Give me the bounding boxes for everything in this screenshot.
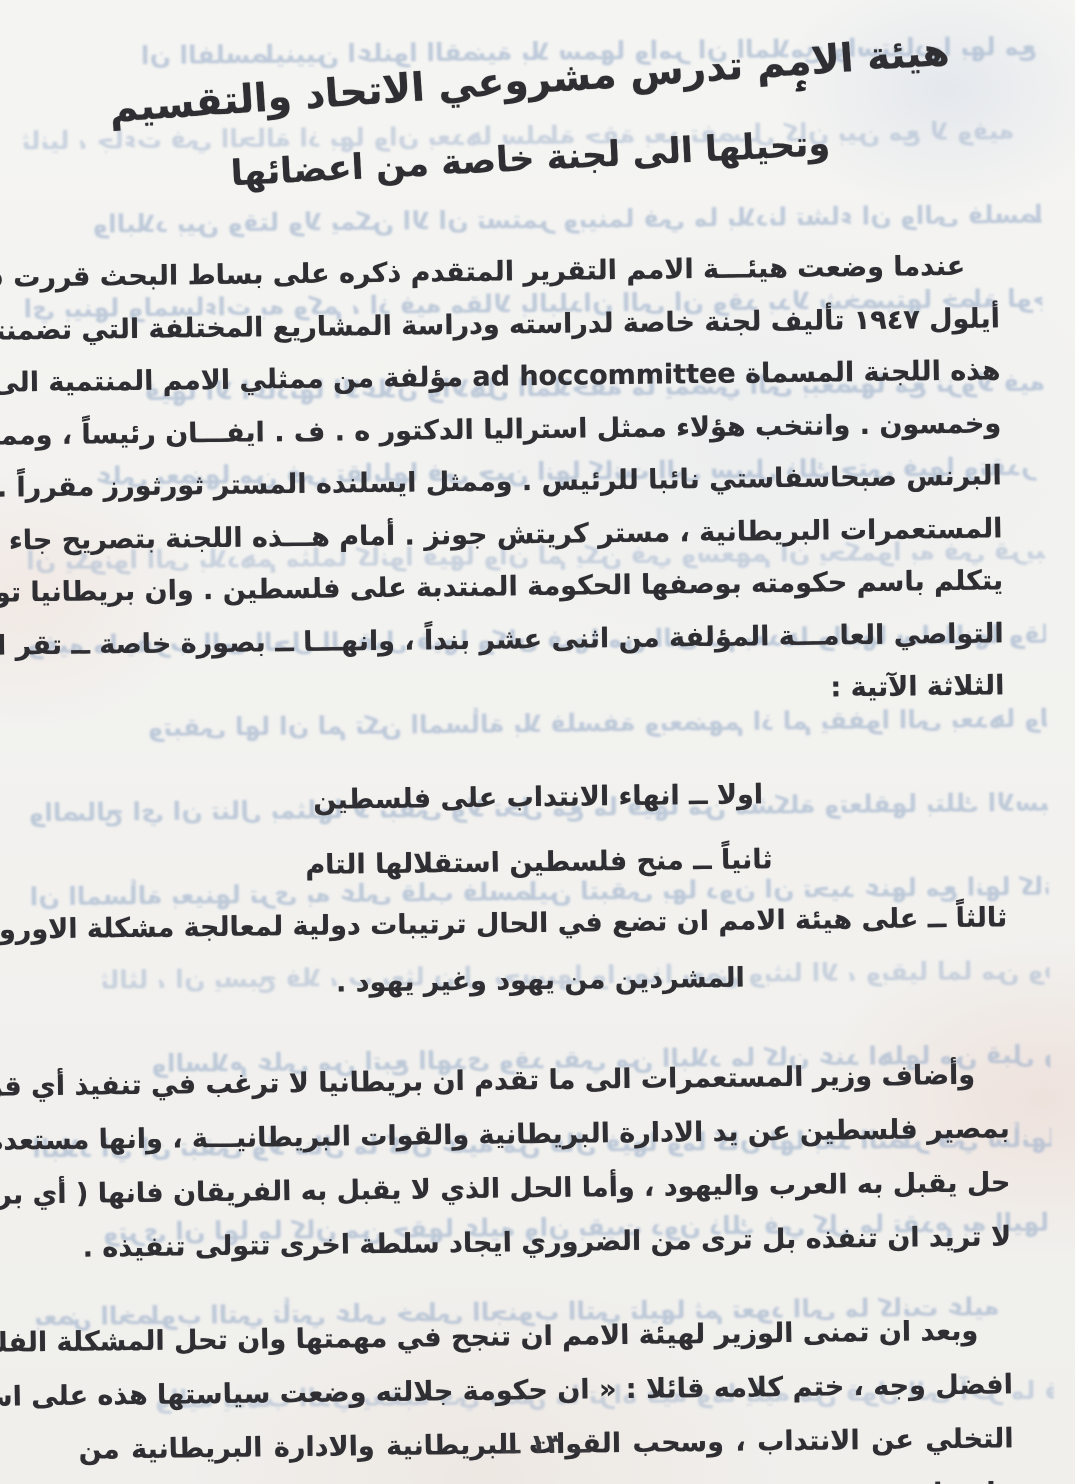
- list-item-second: ثانياً ــ منح فلسطين استقلالها التام: [71, 824, 1007, 900]
- printed-content: هيئة الامم تدرس مشروعي الاتحاد والتقسيم …: [0, 0, 1075, 1484]
- list-item-third-line2: المشردين من يهود وغير يهود .: [73, 946, 1009, 1015]
- principles-list: اولا ــ انهاء الانتداب على فلسطين ثانياً…: [70, 759, 1008, 1015]
- paragraph-colonial-minister: وأضاف وزير المستعمرات الى ما تقدم ان بري…: [74, 1048, 1012, 1275]
- list-item-third-line1: ثالثاً ــ على هيئة الامم ان تضع في الحال…: [72, 889, 1008, 957]
- list-item-first: اولا ــ انهاء الانتداب على فلسطين: [70, 759, 1006, 835]
- text-line: لا تريد ان تنفذه بل ترى من الضروري ايجاد…: [76, 1210, 1012, 1275]
- paragraph-committee-formation: عندما وضعت هيئـــة الامم التقرير المتقدم…: [64, 240, 1005, 724]
- scanned-book-page: ان الفلسطينيين اعلنوا القضية بلا سمها وا…: [0, 0, 1075, 1484]
- body-column: عندما وضعت هيئـــة الامم التقرير المتقدم…: [64, 240, 1014, 1477]
